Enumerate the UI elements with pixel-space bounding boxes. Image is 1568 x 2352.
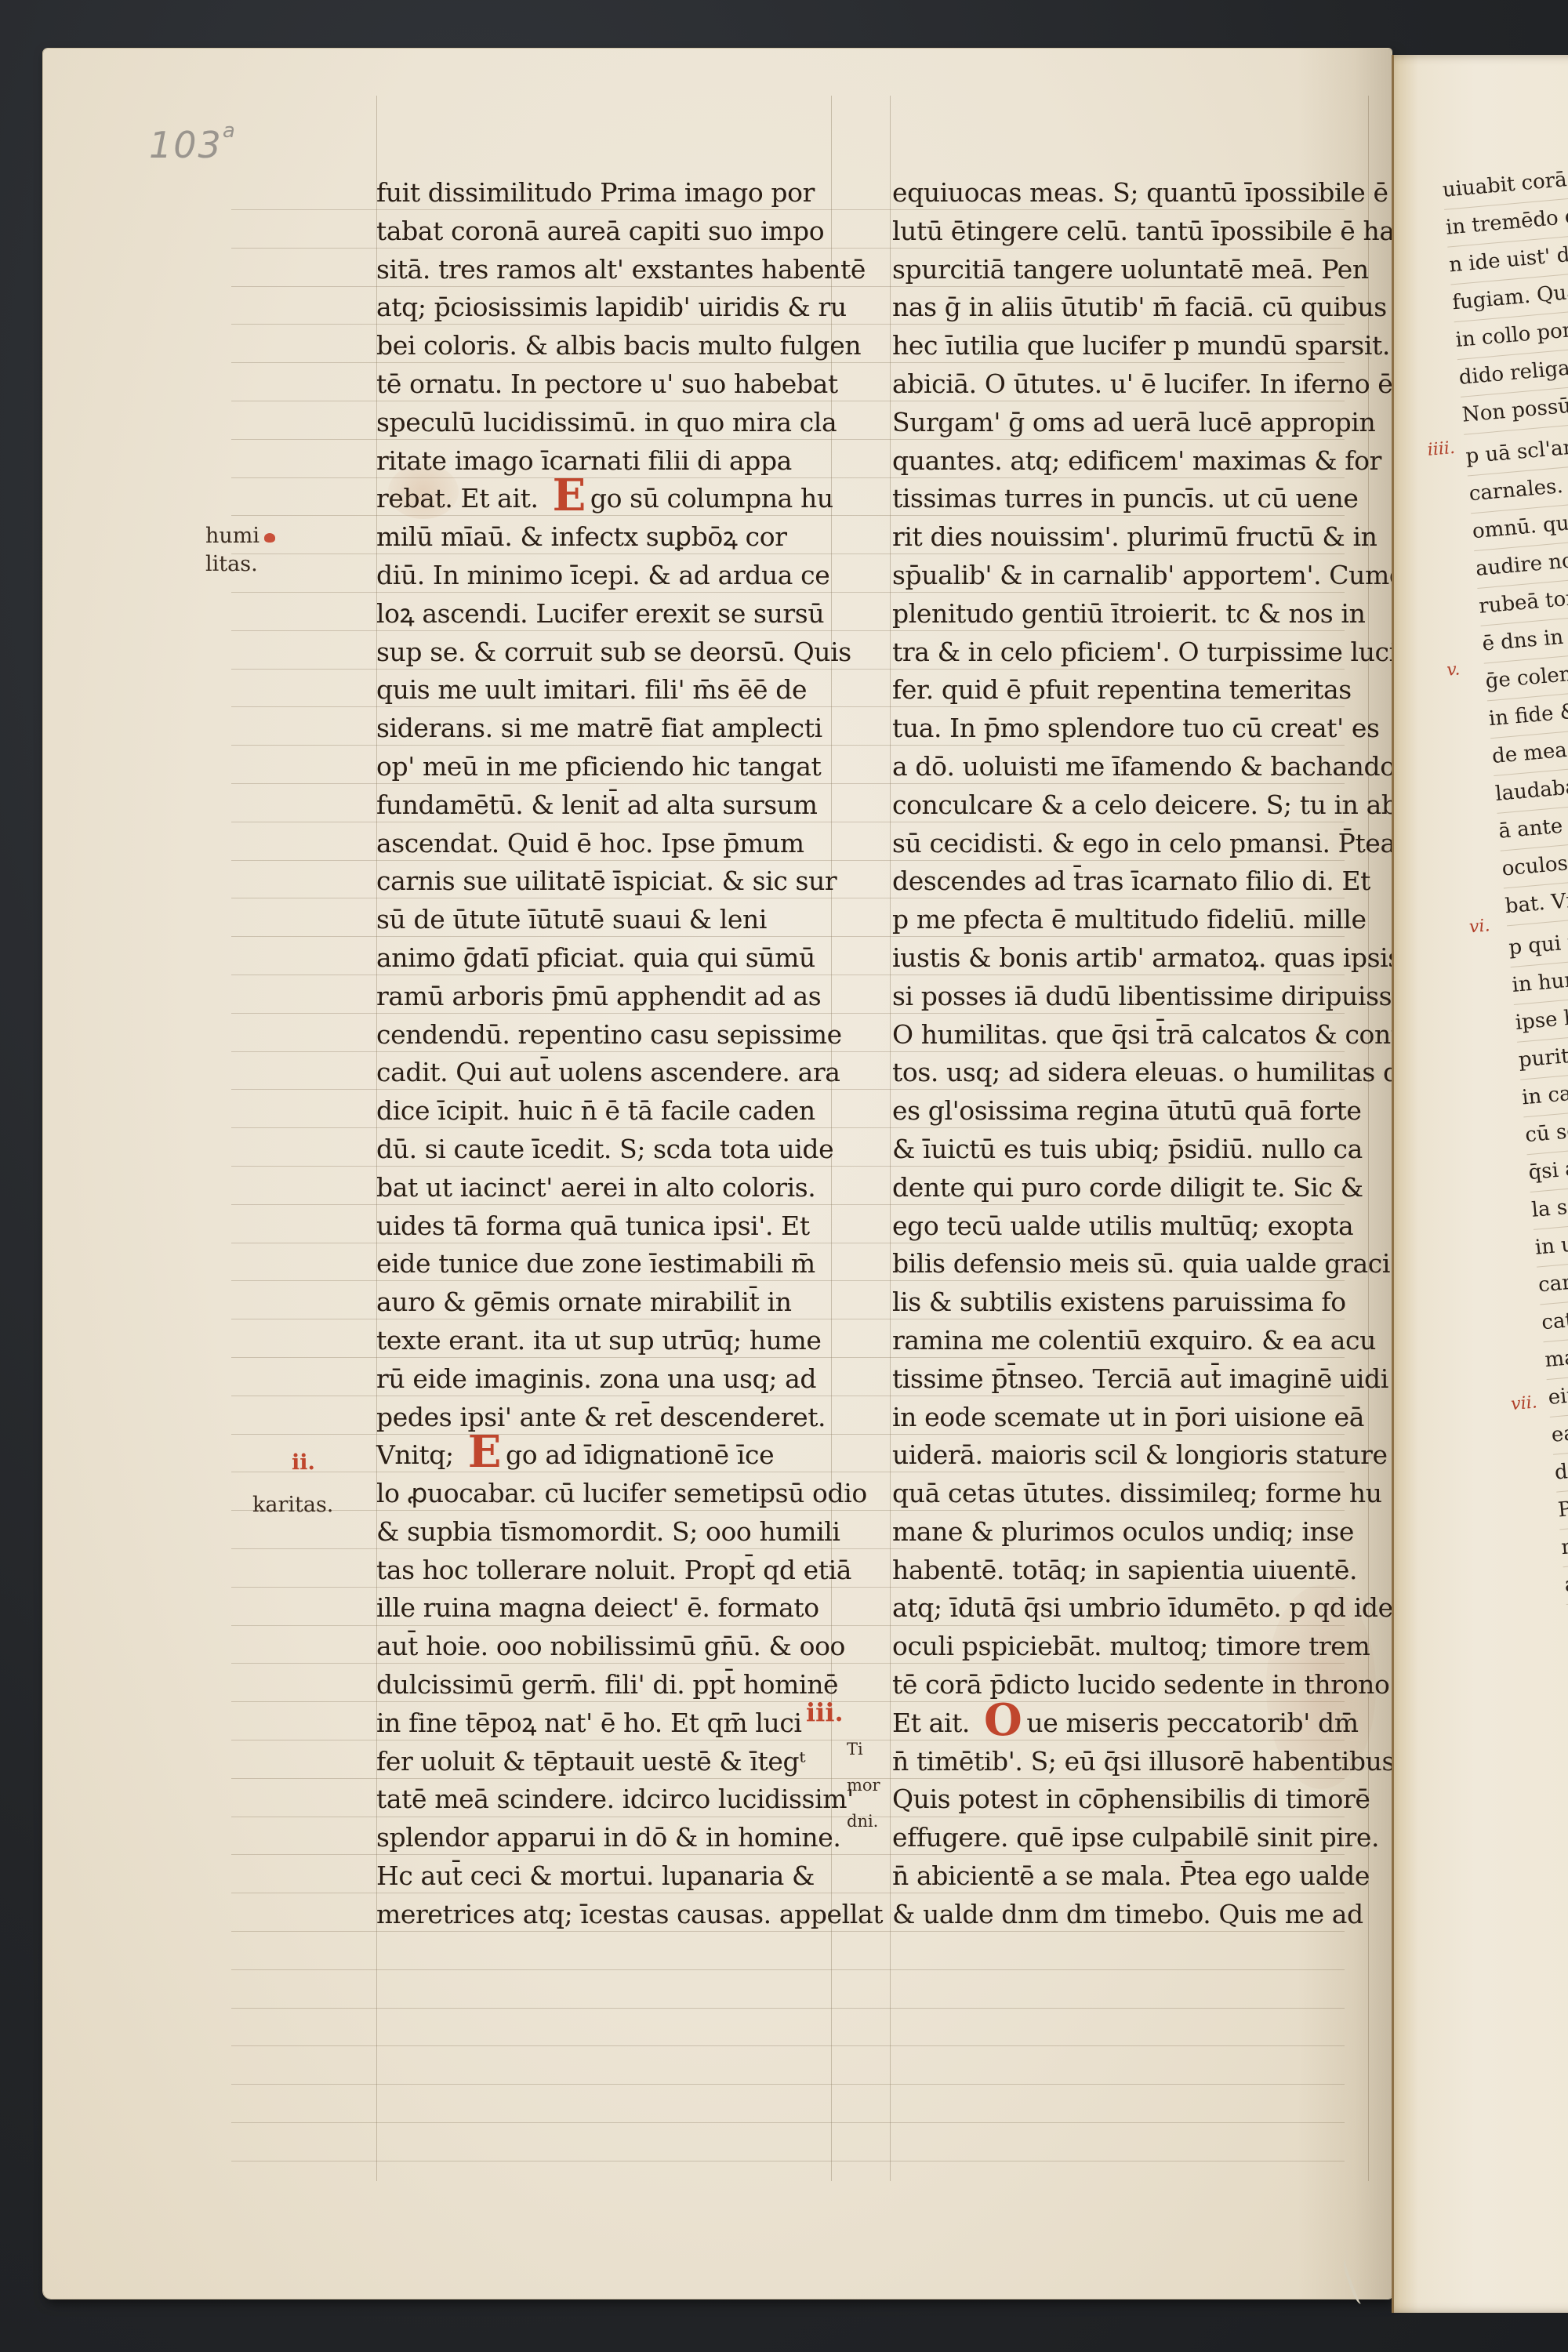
text-line: p me pfecta ē multitudo fideliū. mille	[892, 901, 1363, 939]
rubricated-initial: O	[984, 1704, 1022, 1736]
ruling-horizontal	[231, 2045, 1345, 2046]
text-column-b: equiuocas meas. S; quantū īpossibile ēlu…	[892, 174, 1363, 1934]
text-line: speculū lucidissimū. in quo mira cla	[376, 404, 831, 442]
text-line: ego tecū ualde utilis multūq; exopta	[892, 1207, 1363, 1246]
ruling-horizontal	[231, 2084, 1345, 2085]
text-line: dū. si caute īcedit. S; scda tota uide	[376, 1131, 831, 1169]
text-line: Et ait.Oue miseris peccatorib' dm̄	[892, 1704, 1363, 1743]
text-line: rū eide imaginis. zona una usq; ad	[376, 1360, 831, 1399]
text-line: atq; īdutā q̄si umbrio īdumēto. p qd ide	[892, 1589, 1363, 1628]
text-line: Hc aut̄ ceci & mortui. lupanaria &	[376, 1857, 831, 1896]
margin-gloss-humilitas: humi litas.	[205, 522, 275, 579]
red-paragraph-mark-icon	[264, 533, 275, 543]
text-line: abiciā. O ūtutes. u' ē lucifer. In ifern…	[892, 365, 1363, 404]
text-line: cendendū. repentino casu sepissime	[376, 1016, 831, 1054]
text-line: & supbia tīsmomordit. S; ooo humili	[376, 1513, 831, 1552]
text-line: in eode scemate ut in p̄ori uisione eā	[892, 1399, 1363, 1437]
text-line: tas hoc tollerare noluit. Propt̄ qd etiā	[376, 1552, 831, 1590]
text-line: es gl'osissima regina ūtutū quā forte	[892, 1092, 1363, 1131]
text-line: ascendat. Quid ē hoc. Ipse p̄mum	[376, 825, 831, 863]
text-column-a: fuit dissimilitudo Prima imago portabat …	[376, 174, 831, 1934]
text-line: sitā. tres ramos alt' exstantes habentē	[376, 251, 831, 289]
text-line: meretrices atq; īcestas causas. appellat	[376, 1896, 831, 1934]
text-line: in fine tēpoꝝ nat' ē ho. Et qm̄ luci	[376, 1704, 831, 1743]
text-line: ritate imago īcarnati filii di appa	[376, 442, 831, 481]
text-line: equiuocas meas. S; quantū īpossibile ē	[892, 174, 1363, 212]
text-line: uides tā forma quā tunica ipsi'. Et	[376, 1207, 831, 1246]
text-line: lis & subtilis existens paruissima fo	[892, 1283, 1363, 1322]
text-line: n̄ abicientē a se mala. P̄tea ego ualde	[892, 1857, 1363, 1896]
text-line: iustis & bonis artib' armatoꝝ. quas ipsi…	[892, 939, 1363, 978]
facing-margin-numeral: vi.	[1468, 916, 1491, 937]
text-line: ramina me colentiū exquiro. & ea acu	[892, 1322, 1363, 1360]
text-line: tē corā p̄dicto lucido sedente in throno…	[892, 1666, 1363, 1704]
text-line: uiderā. maioris scil & longioris stature	[892, 1436, 1363, 1475]
text-line: fuit dissimilitudo Prima imago por	[376, 174, 831, 212]
text-line: quis me uult imitari. fili' m̄s ēē de	[376, 671, 831, 710]
text-line: eide tunice due zone īestimabili m̄	[376, 1245, 831, 1283]
ruling-horizontal	[231, 2122, 1345, 2123]
text-line: milū mīaū. & infectx suꝑbōꝝ cor	[376, 518, 831, 557]
text-line: splendor apparui in dō & in homine.	[376, 1819, 831, 1857]
folio-number: 103a	[149, 124, 237, 166]
text-line: Vnitq;Ego ad īdignationē īce	[376, 1436, 831, 1475]
facing-page: uiuabit corā dō uero. Qin tremēdo eius i…	[1392, 55, 1568, 2313]
text-line: carnis sue uilitatē īspiciat. & sic sur	[376, 862, 831, 901]
rubricated-initial: E	[468, 1436, 501, 1468]
text-line: bei coloris. & albis bacis multo fulgen	[376, 327, 831, 365]
ruling-vertical	[890, 96, 891, 2181]
text-line: n̄ timētib'. S; eū q̄si illusorē habenti…	[892, 1743, 1363, 1781]
text-line: oculi pspiciebāt. multoq; timore trem	[892, 1628, 1363, 1666]
text-line: quantes. atq; edificem' maximas & for	[892, 442, 1363, 481]
text-line: sp̄ualib' & in carnalib' apportem'. Cumq…	[892, 557, 1363, 595]
text-line: tatē meā scindere. idcirco lucidissim'	[376, 1780, 831, 1819]
text-line: sū cecidisti. & ego in celo pmansi. P̄te…	[892, 825, 1363, 863]
text-line: a dō. uoluisti me īfamendo & bachando	[892, 748, 1363, 786]
margin-gloss-karitas: ii. karitas.	[252, 1449, 333, 1519]
text-line: tabat coronā aureā capiti suo impo	[376, 212, 831, 251]
text-line: O humilitas. que q̄si t̄rā calcatos & co…	[892, 1016, 1363, 1054]
text-line: Surgam' ḡ oms ad uerā lucē appropin	[892, 404, 1363, 442]
facing-margin-numeral: iiii.	[1427, 438, 1456, 460]
text-line: si posses iā dudū libentissime diripuiss…	[892, 978, 1363, 1016]
text-line: mane & plurimos oculos undiq; inse	[892, 1513, 1363, 1552]
text-line: lo ꝓuocabar. cū lucifer semetipsū odio	[376, 1475, 831, 1513]
facing-margin-numeral: vii.	[1510, 1392, 1538, 1414]
text-line: fer. quid ē pfuit repentina temeritas	[892, 671, 1363, 710]
text-line: bilis defensio meis sū. quia ualde graci	[892, 1245, 1363, 1283]
text-line: habentē. totāq; in sapientia uiuentē.	[892, 1552, 1363, 1590]
text-line: bat ut iacinct' aerei in alto coloris.	[376, 1169, 831, 1207]
text-line: tos. usq; ad sidera eleuas. o humilitas …	[892, 1054, 1363, 1092]
text-line: pedes ipsi' ante & ret̄ descenderet.	[376, 1399, 831, 1437]
text-line: loꝝ ascendi. Lucifer erexit se sursū	[376, 595, 831, 633]
text-line: aut̄ hoie. ooo nobilissimū gn̄ū. & ooo	[376, 1628, 831, 1666]
text-line: Quis potest in cōphensibilis di timorē	[892, 1780, 1363, 1819]
facing-margin-numeral: v.	[1446, 659, 1461, 680]
text-line: fundamētū. & lenit̄ ad alta sursum	[376, 786, 831, 825]
text-line: descendes ad t̄ras īcarnato filio di. Et	[892, 862, 1363, 901]
text-line: sū de ūtute īūtutē suaui & leni	[376, 901, 831, 939]
text-line: ramū arboris p̄mū apphendit ad as	[376, 978, 831, 1016]
text-line: dulcissimū germ̄. fili' di. ppt̄ hominē	[376, 1666, 831, 1704]
rubricated-initial: E	[553, 480, 586, 511]
text-line: tissime p̄t̄nseo. Terciā aut̄ imaginē ui…	[892, 1360, 1363, 1399]
text-line: atq; p̄ciosissimis lapidib' uiridis & ru	[376, 289, 831, 327]
text-line: tē ornatu. In pectore u' suo habebat	[376, 365, 831, 404]
text-line: rit dies nouissim'. plurimū fructū & in	[892, 518, 1363, 557]
text-line: quā cetas ūtutes. dissimileq; forme hu	[892, 1475, 1363, 1513]
text-line: cadit. Qui aut̄ uolens ascendere. ara	[376, 1054, 831, 1092]
text-line: auro & gēmis ornate mirabilit̄ in	[376, 1283, 831, 1322]
text-line: op' meū in me pficiendo hic tangat	[376, 748, 831, 786]
ruling-horizontal	[231, 2008, 1345, 2009]
facing-page-text: uiuabit corā dō uero. Qin tremēdo eius i…	[1441, 152, 1568, 1905]
ruling-horizontal	[231, 1969, 1345, 1970]
text-line: tra & in celo pficiem'. O turpissime luc…	[892, 633, 1363, 672]
text-line: tua. In p̄mo splendore tuo cū creat' es	[892, 710, 1363, 748]
text-line: conculcare & a celo deicere. S; tu in ab…	[892, 786, 1363, 825]
text-line: texte erant. ita ut sup utrūq; hume	[376, 1322, 831, 1360]
text-line: lutū ētingere celū. tantū īpossibile ē h…	[892, 212, 1363, 251]
text-line: sup se. & corruit sub se deorsū. Quis	[376, 633, 831, 672]
text-line: hec īutilia que lucifer p mundū sparsit.	[892, 327, 1363, 365]
text-line: & ualde dnm dm timebo. Quis me ad	[892, 1896, 1363, 1934]
text-line: effugere. quē ipse culpabilē sinit pire.	[892, 1819, 1363, 1857]
text-line: diū. In minimo īcepi. & ad ardua ce	[376, 557, 831, 595]
text-line: animo ḡdatī pficiat. quia qui sūmū	[376, 939, 831, 978]
text-line: dente qui puro corde diligit te. Sic &	[892, 1169, 1363, 1207]
text-line: siderans. si me matrē fiat amplecti	[376, 710, 831, 748]
text-line: nas ḡ in aliis ūtutib' m̄ faciā. cū quib…	[892, 289, 1363, 327]
text-line: ille ruina magna deiect' ē. formato	[376, 1589, 831, 1628]
text-line: dice īcipit. huic n̄ ē tā facile caden	[376, 1092, 831, 1131]
text-line: fer uoluit & tēptauit uestē & ītegᵗ	[376, 1743, 831, 1781]
ruling-horizontal	[231, 2161, 1345, 2161]
text-line: spurcitiā tangere uoluntatē meā. Pen	[892, 251, 1363, 289]
text-line: & īuictū es tuis ubiq; p̄sidiū. nullo ca	[892, 1131, 1363, 1169]
text-line: rebat. Et ait.Ego sū columpna hu	[376, 480, 831, 518]
text-line: plenitudo gentiū ītroierit. tc & nos in	[892, 595, 1363, 633]
text-line: tissimas turres in puncīs. ut cū uene	[892, 480, 1363, 518]
